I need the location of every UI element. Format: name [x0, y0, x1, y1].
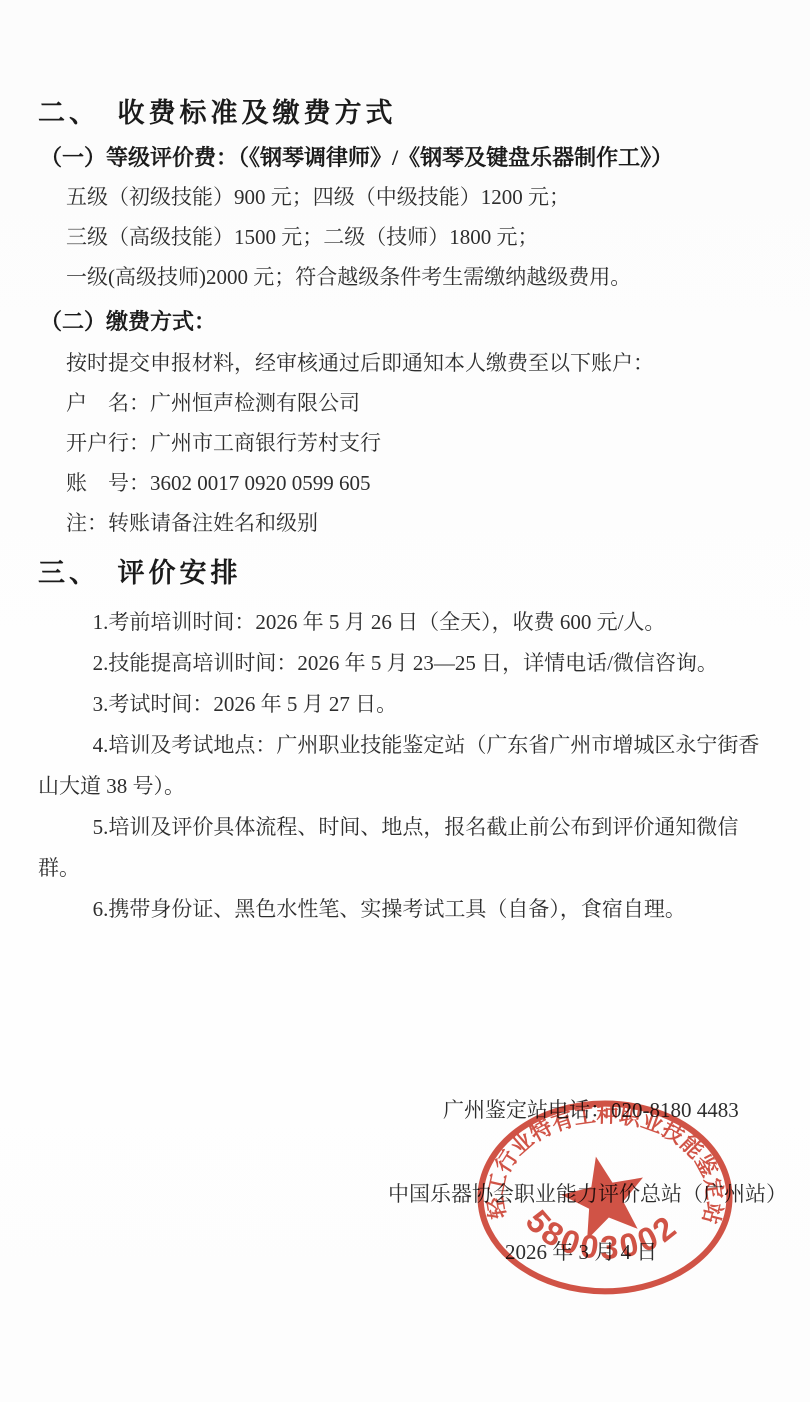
account-name-line: 户 名：广州恒声检测有限公司: [38, 383, 772, 423]
station-phone-line: 广州鉴定站电话：020-8180 4483: [443, 1096, 739, 1124]
schedule-item-3: 3.考试时间：2026 年 5 月 27 日。: [38, 684, 772, 725]
document-body: 二、 收费标准及缴费方式 （一）等级评价费：（《钢琴调律师》/《钢琴及键盘乐器制…: [0, 0, 810, 930]
schedule-item-1: 1.考前培训时间：2026 年 5 月 26 日（全天），收费 600 元/人。: [38, 602, 772, 643]
schedule-item-6: 6.携带身份证、黑色水性笔、实操考试工具（自备），食宿自理。: [38, 889, 772, 930]
section-heading-schedule: 三、 评价安排: [38, 556, 772, 590]
schedule-item-5: 5.培训及评价具体流程、时间、地点，报名截止前公布到评价通知微信群。: [38, 807, 772, 889]
date-line: 2026 年 3 月 4 日: [505, 1238, 657, 1266]
section-heading-fees: 二、 收费标准及缴费方式: [38, 96, 772, 130]
fee-line-level1: 一级(高级技师)2000 元；符合越级条件考生需缴纳越级费用。: [38, 257, 772, 297]
transfer-note-line: 注：转账请备注姓名和级别: [38, 503, 772, 543]
account-number-line: 账 号：3602 0017 0920 0599 605: [38, 463, 772, 503]
payment-method-heading: （二）缴费方式：: [40, 307, 772, 337]
schedule-list: 1.考前培训时间：2026 年 5 月 26 日（全天），收费 600 元/人。…: [38, 602, 772, 930]
schedule-item-2: 2.技能提高培训时间：2026 年 5 月 23—25 日，详情电话/微信咨询。: [38, 643, 772, 684]
grade-fee-heading: （一）等级评价费：（《钢琴调律师》/《钢琴及键盘乐器制作工》）: [40, 143, 772, 173]
fee-line-level3-2: 三级（高级技能）1500 元；二级（技师）1800 元；: [38, 217, 772, 257]
schedule-item-4: 4.培训及考试地点：广州职业技能鉴定站（广东省广州市增城区永宁街香山大道 38 …: [38, 725, 772, 807]
payment-intro-line: 按时提交申报材料，经审核通过后即通知本人缴费至以下账户：: [38, 343, 772, 383]
fee-list: 五级（初级技能）900 元；四级（中级技能）1200 元； 三级（高级技能）15…: [38, 177, 772, 297]
payment-details: 按时提交申报材料，经审核通过后即通知本人缴费至以下账户： 户 名：广州恒声检测有…: [38, 343, 772, 543]
bank-line: 开户行：广州市工商银行芳村支行: [38, 423, 772, 463]
document-page: 二、 收费标准及缴费方式 （一）等级评价费：（《钢琴调律师》/《钢琴及键盘乐器制…: [0, 0, 810, 1402]
fee-line-level5-4: 五级（初级技能）900 元；四级（中级技能）1200 元；: [38, 177, 772, 217]
org-signature-line: 中国乐器协会职业能力评价总站（广州站）: [388, 1180, 787, 1208]
